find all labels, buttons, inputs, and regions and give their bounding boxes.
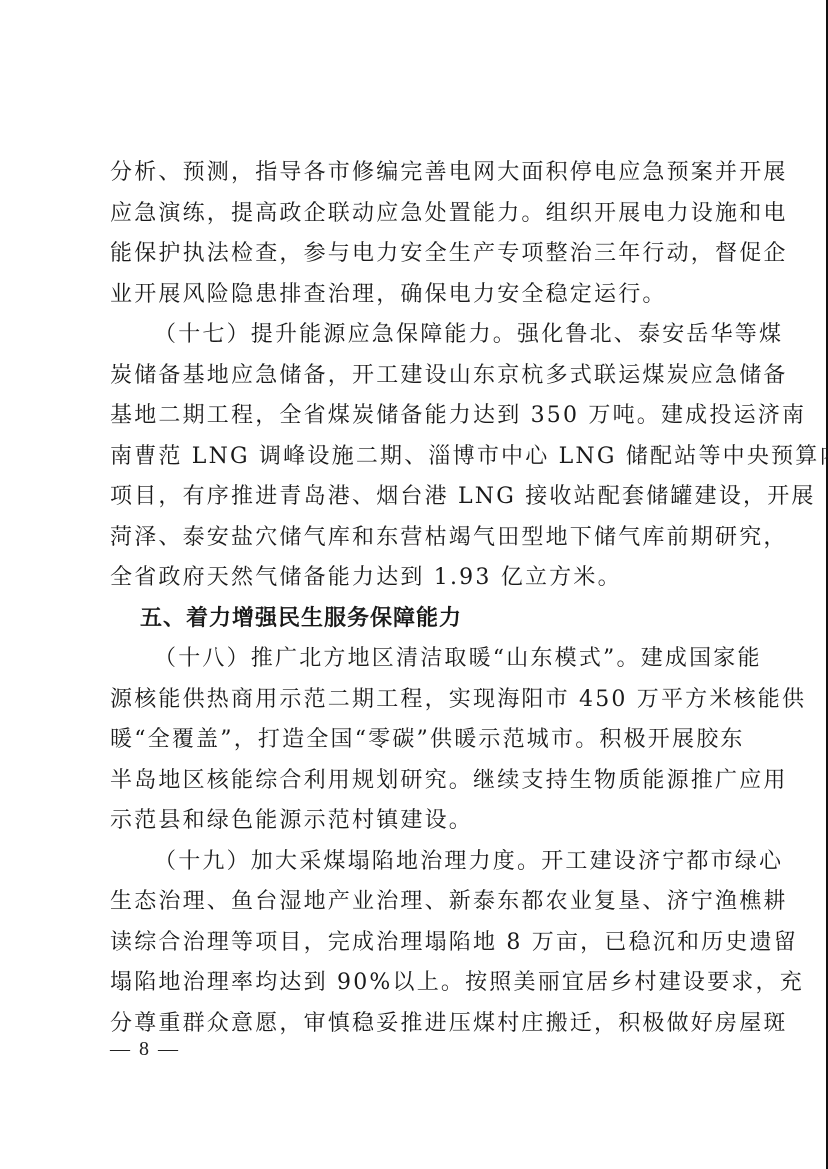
paragraph-18: （十八）推广北方地区清洁取暖“山东模式”。建成国家能 源核能供热商用示范二期工程… [110, 639, 722, 842]
text-line: 基地二期工程，全省煤炭储备能力达到 350 万吨。建成投运济南 [110, 396, 722, 437]
text-line: 示范县和绿色能源示范村镇建设。 [110, 801, 722, 842]
text-line: 全省政府天然气储备能力达到 1.93 亿立方米。 [110, 558, 722, 599]
text-line: 暖“全覆盖”，打造全国“零碳”供暖示范城市。积极开展胶东 [110, 720, 722, 761]
text-line: （十八）推广北方地区清洁取暖“山东模式”。建成国家能 [110, 639, 722, 680]
paragraph-continued: 分析、预测，指导各市修编完善电网大面积停电应急预案并开展 应急演练，提高政企联动… [110, 153, 722, 315]
text-line: 项目，有序推进青岛港、烟台港 LNG 接收站配套储罐建设，开展 [110, 477, 722, 518]
text-line: 读综合治理等项目，完成治理塌陷地 8 万亩，已稳沉和历史遗留 [110, 923, 722, 964]
text-line: 生态治理、鱼台湿地产业治理、新泰东都农业复垦、济宁渔樵耕 [110, 882, 722, 923]
text-line: 分析、预测，指导各市修编完善电网大面积停电应急预案并开展 [110, 153, 722, 194]
text-line: 业开展风险隐患排查治理，确保电力安全稳定运行。 [110, 275, 722, 316]
page-number: — 8 — [110, 1038, 180, 1061]
paragraph-17: （十七）提升能源应急保障能力。强化鲁北、泰安岳华等煤 炭储备基地应急储备，开工建… [110, 315, 722, 599]
text-line: 菏泽、泰安盐穴储气库和东营枯竭气田型地下储气库前期研究， [110, 518, 722, 559]
paragraph-19: （十九）加大采煤塌陷地治理力度。开工建设济宁都市绿心 生态治理、鱼台湿地产业治理… [110, 842, 722, 1045]
text-line: （十七）提升能源应急保障能力。强化鲁北、泰安岳华等煤 [110, 315, 722, 356]
text-line: 应急演练，提高政企联动应急处置能力。组织开展电力设施和电 [110, 194, 722, 235]
document-page: 分析、预测，指导各市修编完善电网大面积停电应急预案并开展 应急演练，提高政企联动… [110, 153, 722, 1044]
section-heading: 五、着力增强民生服务保障能力 [110, 599, 722, 640]
text-line: 南曹范 LNG 调峰设施二期、淄博市中心 LNG 储配站等中央预算内 [110, 437, 722, 478]
text-line: 源核能供热商用示范二期工程，实现海阳市 450 万平方米核能供 [110, 680, 722, 721]
text-line: 炭储备基地应急储备，开工建设山东京杭多式联运煤炭应急储备 [110, 356, 722, 397]
text-line: （十九）加大采煤塌陷地治理力度。开工建设济宁都市绿心 [110, 842, 722, 883]
text-line: 分尊重群众意愿，审慎稳妥推进压煤村庄搬迁，积极做好房屋斑 [110, 1004, 722, 1045]
text-line: 半岛地区核能综合利用规划研究。继续支持生物质能源推广应用 [110, 761, 722, 802]
text-line: 能保护执法检查，参与电力安全生产专项整治三年行动，督促企 [110, 234, 722, 275]
text-line: 塌陷地治理率均达到 90%以上。按照美丽宜居乡村建设要求，充 [110, 963, 722, 1004]
